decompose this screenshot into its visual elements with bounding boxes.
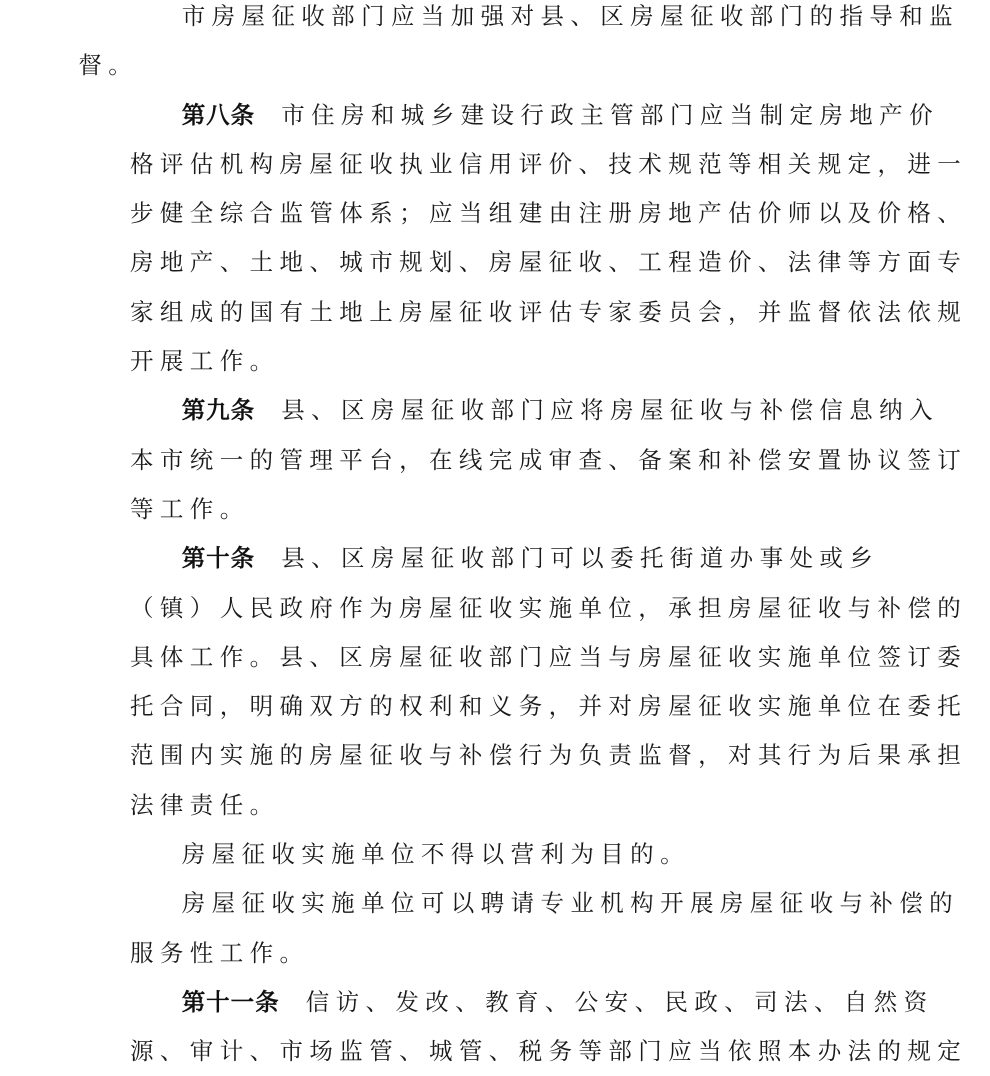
text-line: 范围内实施的房屋征收与补偿行为负责监督，对其行为后果承担 [78, 731, 870, 780]
text-segment: 市住房和城乡建设行政主管部门应当制定房地产价 [281, 101, 939, 129]
text-line: 源、审计、市场监管、城管、税务等部门应当依照本办法的规定 [78, 1027, 870, 1076]
paragraph-article-10: 第十条县、区房屋征收部门可以委托街道办事处或乡 （镇）人民政府作为房屋征收实施单… [130, 534, 870, 830]
text-line: 本市统一的管理平台，在线完成审查、备案和补偿安置协议签订 [78, 436, 870, 485]
article-heading: 第九条 [182, 396, 256, 424]
paragraph-article-9: 第九条县、区房屋征收部门应将房屋征收与补偿信息纳入 本市统一的管理平台，在线完成… [130, 386, 870, 534]
text-line: 第八条市住房和城乡建设行政主管部门应当制定房地产价 [130, 91, 870, 140]
text-line: 督。 [78, 41, 870, 90]
text-line: 等工作。 [78, 485, 870, 534]
paragraph-hire-agencies: 房屋征收实施单位可以聘请专业机构开展房屋征收与补偿的 服务性工作。 [130, 879, 870, 978]
text-line: 家组成的国有土地上房屋征收评估专家委员会，并监督依法依规 [78, 288, 870, 337]
text-segment: 信访、发改、教育、公安、民政、司法、自然资 [306, 988, 934, 1016]
paragraph-article-11: 第十一条信访、发改、教育、公安、民政、司法、自然资 源、审计、市场监管、城管、税… [130, 978, 870, 1076]
text-line: 步健全综合监管体系；应当组建由注册房地产估价师以及价格、 [78, 189, 870, 238]
text-segment: 县、区房屋征收部门应将房屋征收与补偿信息纳入 [281, 396, 939, 424]
text-line: 第十条县、区房屋征收部门可以委托街道办事处或乡 [130, 534, 870, 583]
text-line: 具体工作。县、区房屋征收部门应当与房屋征收实施单位签订委 [78, 633, 870, 682]
text-line: 房屋征收实施单位不得以营利为目的。 [130, 830, 870, 879]
paragraph-non-profit: 房屋征收实施单位不得以营利为目的。 [130, 830, 870, 879]
document-page: 市房屋征收部门应当加强对县、区房屋征收部门的指导和监 督。 第八条市住房和城乡建… [130, 0, 870, 1076]
text-segment: 县、区房屋征收部门可以委托街道办事处或乡 [281, 544, 879, 572]
article-heading: 第十一条 [182, 988, 280, 1016]
text-line: 房地产、土地、城市规划、房屋征收、工程造价、法律等方面专 [78, 238, 870, 287]
text-line: 服务性工作。 [78, 929, 870, 978]
paragraph-supervision: 市房屋征收部门应当加强对县、区房屋征收部门的指导和监 督。 [130, 0, 870, 91]
paragraph-article-8: 第八条市住房和城乡建设行政主管部门应当制定房地产价 格评估机构房屋征收执业信用评… [130, 91, 870, 387]
text-line: 第九条县、区房屋征收部门应将房屋征收与补偿信息纳入 [130, 386, 870, 435]
text-line: 法律责任。 [78, 781, 870, 830]
text-line: 市房屋征收部门应当加强对县、区房屋征收部门的指导和监 [130, 0, 870, 41]
text-line: 房屋征收实施单位可以聘请专业机构开展房屋征收与补偿的 [130, 879, 870, 928]
article-heading: 第八条 [182, 101, 256, 129]
text-line: 托合同，明确双方的权利和义务，并对房屋征收实施单位在委托 [78, 682, 870, 731]
text-line: （镇）人民政府作为房屋征收实施单位，承担房屋征收与补偿的 [78, 584, 870, 633]
text-line: 开展工作。 [78, 337, 870, 386]
text-line: 格评估机构房屋征收执业信用评价、技术规范等相关规定，进一 [78, 140, 870, 189]
text-line: 第十一条信访、发改、教育、公安、民政、司法、自然资 [130, 978, 870, 1027]
article-heading: 第十条 [182, 544, 256, 572]
